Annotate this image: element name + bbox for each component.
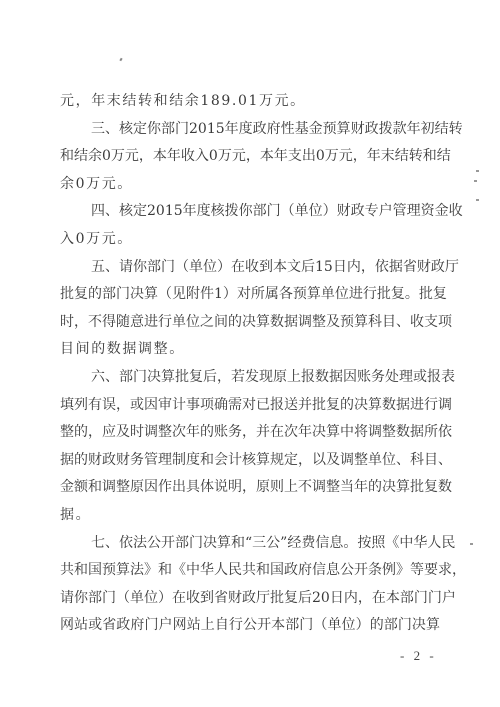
- scan-artifact: [476, 170, 479, 172]
- text-line: 批复的部门决算（见附件1）对所属各预算单位进行批复。批复: [60, 281, 440, 309]
- text-line: 三、核定你部门2015年度政府性基金预算财政拨款年初结转: [60, 116, 440, 144]
- text-line: 金额和调整原因作出具体说明，原则上不调整当年的决算批复数: [60, 474, 440, 502]
- scan-artifact: [119, 58, 122, 62]
- scan-artifact: [474, 180, 477, 182]
- text-line: 目间的数据调整。: [60, 336, 440, 364]
- text-line: 整的，应及时调整次年的账务，并在次年决算中将调整数据所依: [60, 419, 440, 447]
- text-line: 入0万元。: [60, 226, 440, 254]
- text-line: 时，不得随意进行单位之间的决算数据调整及预算科目、收支项: [60, 309, 440, 337]
- text-line: 六、部门决算批复后，若发现原上报数据因账务处理或报表: [60, 364, 440, 392]
- page-number: - 2 -: [400, 648, 437, 664]
- scan-artifact: [476, 199, 479, 201]
- text-line: 据。: [60, 502, 440, 530]
- text-line: 网站或省政府门户网站上自行公开本部门（单位）的部门决算: [60, 612, 440, 640]
- text-line: 四、核定2015年度核拨你部门（单位）财政专户管理资金收: [60, 198, 440, 226]
- text-line: 七、依法公开部门决算和“三公”经费信息。按照《中华人民: [60, 530, 440, 558]
- text-line: 和结余0万元，本年收入0万元，本年支出0万元，年末结转和结: [60, 143, 440, 171]
- text-line: 共和国预算法》和《中华人民共和国政府信息公开条例》等要求，: [60, 557, 440, 585]
- text-line: 填列有误，或因审计事项确需对已报送并批复的决算数据进行调: [60, 392, 440, 420]
- text-line: 元，年末结转和结余189.01万元。: [60, 88, 440, 116]
- text-line: 余0万元。: [60, 171, 440, 199]
- document-body: 元，年末结转和结余189.01万元。 三、核定你部门2015年度政府性基金预算财…: [60, 88, 440, 640]
- text-line: 请你部门（单位）在收到省财政厅批复后20日内，在本部门门户: [60, 585, 440, 613]
- text-line: 据的财政财务管理制度和会计核算规定，以及调整单位、科目、: [60, 447, 440, 475]
- text-line: 五、请你部门（单位）在收到本文后15日内，依据省财政厅: [60, 254, 440, 282]
- document-page: 元，年末结转和结余189.01万元。 三、核定你部门2015年度政府性基金预算财…: [0, 0, 500, 707]
- scan-artifact: [470, 543, 473, 545]
